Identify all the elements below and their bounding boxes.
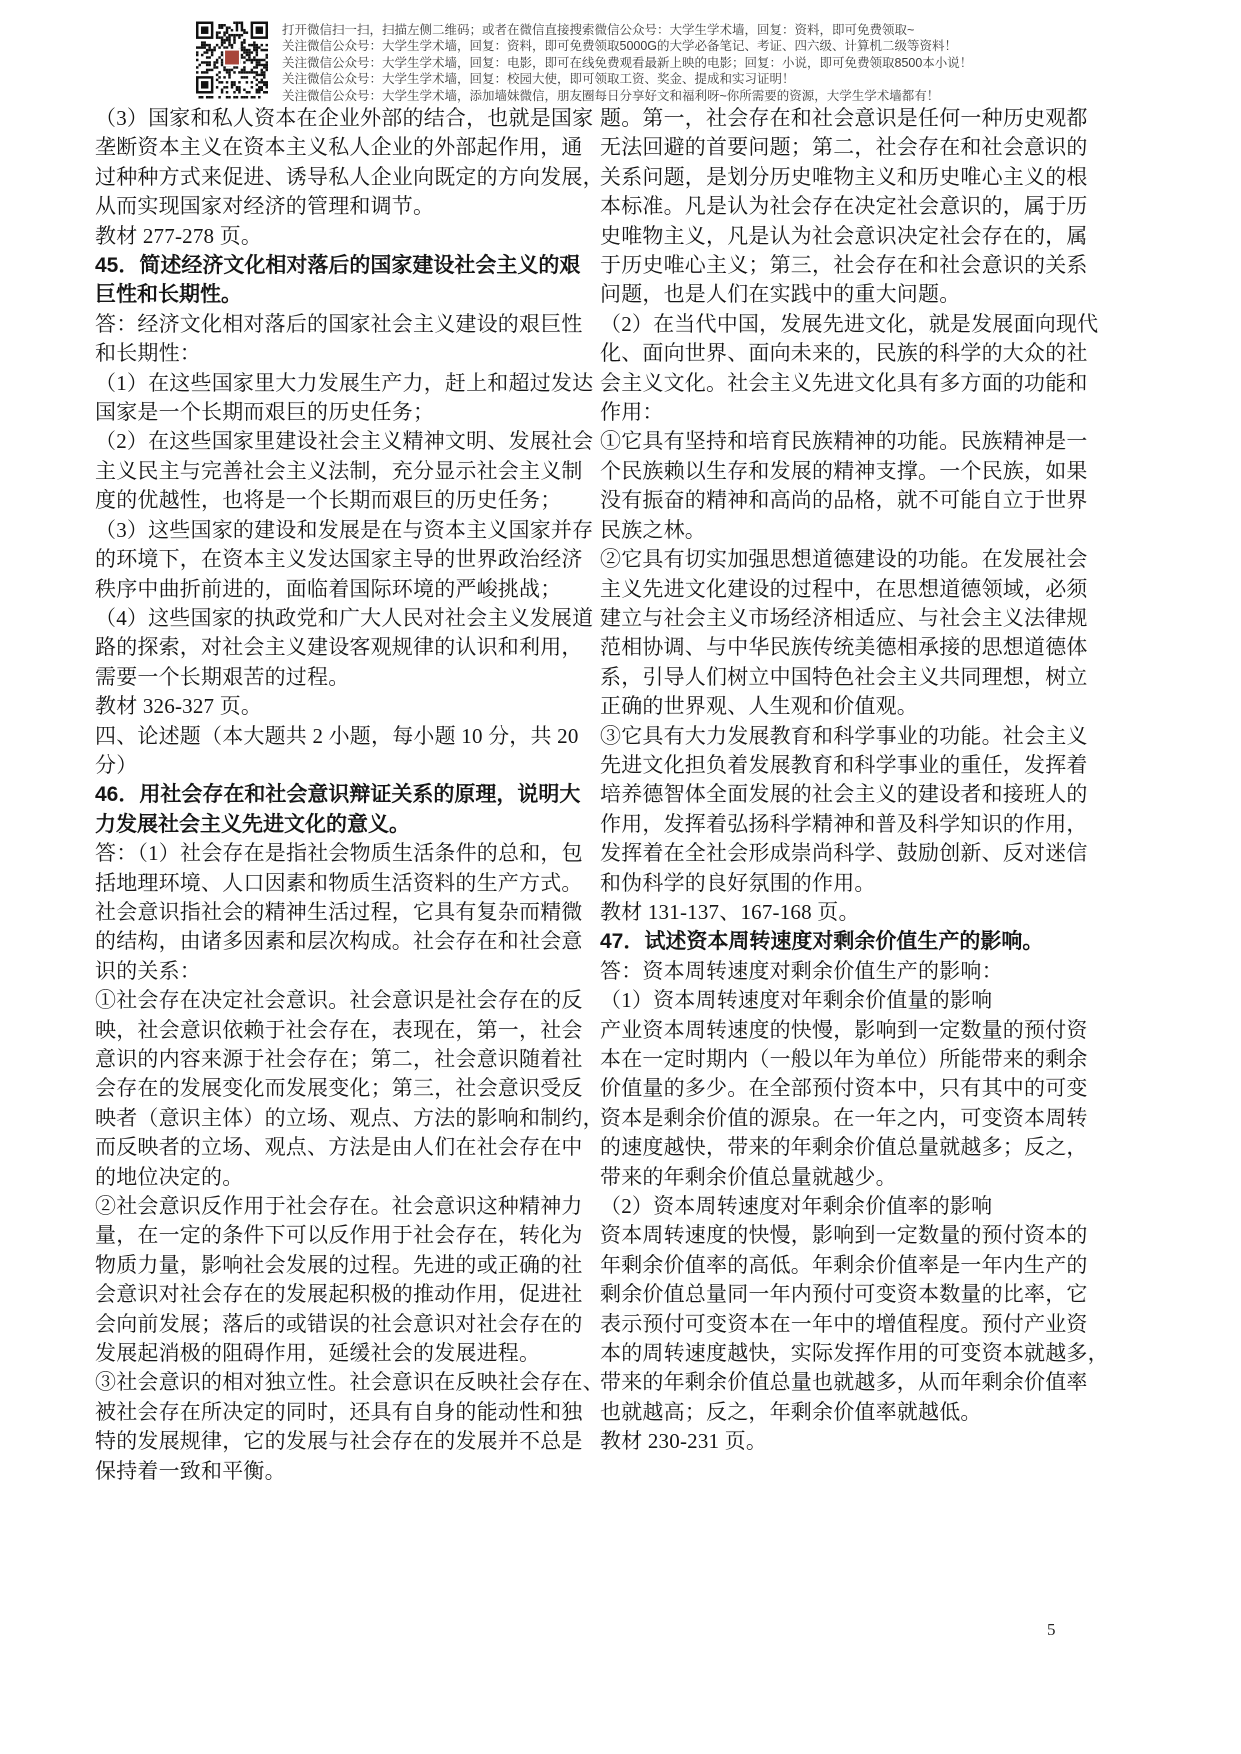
promo-lines: 打开微信扫一扫，扫描左侧二维码；或者在微信直接搜索微信公众号：大学生学术墙，回复… (282, 20, 972, 104)
text-line: （3）这些国家的建设和发展是在与资本主义国家并存 (95, 516, 575, 545)
right-column: 题。第一，社会存在和社会意识是任何一种历史观都无法回避的首要问题；第二，社会存在… (600, 104, 1080, 1457)
text-line: 识的关系： (95, 957, 575, 986)
text-line: 于历史唯心主义；第三，社会存在和社会意识的关系 (600, 251, 1080, 280)
text-line: 本在一定时期内（一般以年为单位）所能带来的剩余 (600, 1045, 1080, 1074)
question-heading-line: 46．用社会存在和社会意识辩证关系的原理，说明大 (95, 780, 575, 809)
text-line: 和长期性： (95, 339, 575, 368)
text-line: 培养德智体全面发展的社会主义的建设者和接班人的 (600, 780, 1080, 809)
text-line: 括地理环境、人口因素和物质生活资料的生产方式。 (95, 869, 575, 898)
text-line: 教材 131-137、167-168 页。 (600, 898, 1080, 927)
text-line: 过种种方式来促进、诱导私人企业向既定的方向发展， (95, 163, 575, 192)
promo-line: 关注微信公众号：大学生学术墙，回复：校园大使，即可领取工资、奖金、提成和实习证明… (282, 71, 972, 87)
text-line: （2）在当代中国，发展先进文化，就是发展面向现代 (600, 310, 1080, 339)
text-line: 会向前发展；落后的或错误的社会意识对社会存在的 (95, 1310, 575, 1339)
text-line: 答：（1）社会存在是指社会物质生活条件的总和，包 (95, 839, 575, 868)
text-line: ①社会存在决定社会意识。社会意识是社会存在的反 (95, 986, 575, 1015)
text-line: 范相协调、与中华民族传统美德相承接的思想道德体 (600, 633, 1080, 662)
text-line: 主义民主与完善社会主义法制，充分显示社会主义制 (95, 457, 575, 486)
promo-header: 打开微信扫一扫，扫描左侧二维码；或者在微信直接搜索微信公众号：大学生学术墙，回复… (196, 20, 972, 104)
text-line: 作用，发挥着弘扬科学精神和普及科学知识的作用， (600, 810, 1080, 839)
text-line: 路的探索，对社会主义建设客观规律的认识和利用， (95, 633, 575, 662)
text-line: 度的优越性，也将是一个长期而艰巨的历史任务； (95, 486, 575, 515)
text-line: 产业资本周转速度的快慢，影响到一定数量的预付资 (600, 1016, 1080, 1045)
document-page: 打开微信扫一扫，扫描左侧二维码；或者在微信直接搜索微信公众号：大学生学术墙，回复… (0, 0, 1241, 1754)
text-line: 垄断资本主义在资本主义私人企业的外部起作用，通 (95, 133, 575, 162)
text-line: （4）这些国家的执政党和广大人民对社会主义发展道 (95, 604, 575, 633)
text-line: 特的发展规律，它的发展与社会存在的发展并不总是 (95, 1427, 575, 1456)
question-heading-line: 力发展社会主义先进文化的意义。 (95, 810, 575, 839)
text-line: 史唯物主义，凡是认为社会意识决定社会存在的，属 (600, 222, 1080, 251)
text-line: 也就越高；反之，年剩余价值率就越低。 (600, 1398, 1080, 1427)
text-line: 没有振奋的精神和高尚的品格，就不可能自立于世界 (600, 486, 1080, 515)
text-line: 资本是剩余价值的源泉。在一年之内，可变资本周转 (600, 1104, 1080, 1133)
promo-line: 关注微信公众号：大学生学术墙，回复：电影，即可在线免费观看最新上映的电影；回复：… (282, 55, 972, 71)
text-line: 答：经济文化相对落后的国家社会主义建设的艰巨性 (95, 310, 575, 339)
text-line: 资本周转速度的快慢，影响到一定数量的预付资本的 (600, 1221, 1080, 1250)
question-heading-line: 47．试述资本周转速度对剩余价值生产的影响。 (600, 927, 1080, 956)
text-line: 无法回避的首要问题；第二，社会存在和社会意识的 (600, 133, 1080, 162)
text-line: （1）在这些国家里大力发展生产力，赶上和超过发达 (95, 369, 575, 398)
text-line: 个民族赖以生存和发展的精神支撑。一个民族，如果 (600, 457, 1080, 486)
text-line: 带来的年剩余价值总量就越少。 (600, 1163, 1080, 1192)
text-line: 系，引导人们树立中国特色社会主义共同理想，树立 (600, 663, 1080, 692)
text-line: 表示预付可变资本在一年中的增值程度。预付产业资 (600, 1310, 1080, 1339)
text-line: 秩序中曲折前进的，面临着国际环境的严峻挑战； (95, 575, 575, 604)
text-line: 带来的年剩余价值总量也就越多，从而年剩余价值率 (600, 1368, 1080, 1397)
text-line: 量，在一定的条件下可以反作用于社会存在，转化为 (95, 1221, 575, 1250)
text-line: 化、面向世界、面向未来的，民族的科学的大众的社 (600, 339, 1080, 368)
text-line: （3）国家和私人资本在企业外部的结合，也就是国家 (95, 104, 575, 133)
text-line: 建立与社会主义市场经济相适应、与社会主义法律规 (600, 604, 1080, 633)
question-heading-line: 45．简述经济文化相对落后的国家建设社会主义的艰 (95, 251, 575, 280)
text-line: 从而实现国家对经济的管理和调节。 (95, 192, 575, 221)
text-line: （2）在这些国家里建设社会主义精神文明、发展社会 (95, 427, 575, 456)
text-line: ②社会意识反作用于社会存在。社会意识这种精神力 (95, 1192, 575, 1221)
text-line: 而反映者的立场、观点、方法是由人们在社会存在中 (95, 1133, 575, 1162)
text-line: ③社会意识的相对独立性。社会意识在反映社会存在、 (95, 1368, 575, 1397)
text-line: （2）资本周转速度对年剩余价值率的影响 (600, 1192, 1080, 1221)
text-line: 教材 277-278 页。 (95, 222, 575, 251)
text-line: 需要一个长期艰苦的过程。 (95, 663, 575, 692)
text-line: ①它具有坚持和培育民族精神的功能。民族精神是一 (600, 427, 1080, 456)
text-line: 映，社会意识依赖于社会存在，表现在，第一，社会 (95, 1016, 575, 1045)
left-column: （3）国家和私人资本在企业外部的结合，也就是国家垄断资本主义在资本主义私人企业的… (95, 104, 575, 1486)
promo-line: 关注微信公众号：大学生学术墙，添加墙妹微信，朋友圈每日分享好文和福利呀~你所需要… (282, 88, 972, 104)
text-line: 发展起消极的阻碍作用，延缓社会的发展进程。 (95, 1339, 575, 1368)
promo-line: 关注微信公众号：大学生学术墙，回复：资料，即可免费领取5000G的大学必备笔记、… (282, 38, 972, 54)
text-line: 教材 326-327 页。 (95, 692, 575, 721)
text-line: 主义先进文化建设的过程中，在思想道德领域，必须 (600, 575, 1080, 604)
text-line: 本标准。凡是认为社会存在决定社会意识的，属于历 (600, 192, 1080, 221)
text-line: 会主义文化。社会主义先进文化具有多方面的功能和 (600, 369, 1080, 398)
text-line: 的地位决定的。 (95, 1163, 575, 1192)
text-line: 会意识对社会存在的发展起积极的推动作用，促进社 (95, 1280, 575, 1309)
text-line: 题。第一，社会存在和社会意识是任何一种历史观都 (600, 104, 1080, 133)
text-line: 国家是一个长期而艰巨的历史任务； (95, 398, 575, 427)
text-line: 关系问题，是划分历史唯物主义和历史唯心主义的根 (600, 163, 1080, 192)
text-line: 会存在的发展变化而发展变化；第三，社会意识受反 (95, 1074, 575, 1103)
text-line: 先进文化担负着发展教育和科学事业的重任，发挥着 (600, 751, 1080, 780)
text-line: 社会意识指社会的精神生活过程，它具有复杂而精微 (95, 898, 575, 927)
text-line: 作用： (600, 398, 1080, 427)
text-line: 分） (95, 751, 575, 780)
text-line: ②它具有切实加强思想道德建设的功能。在发展社会 (600, 545, 1080, 574)
text-line: 价值量的多少。在全部预付资本中，只有其中的可变 (600, 1074, 1080, 1103)
text-line: 四、论述题（本大题共 2 小题，每小题 10 分，共 20 (95, 722, 575, 751)
text-line: 被社会存在所决定的同时，还具有自身的能动性和独 (95, 1398, 575, 1427)
text-line: （1）资本周转速度对年剩余价值量的影响 (600, 986, 1080, 1015)
text-line: 的速度越快，带来的年剩余价值总量就越多；反之， (600, 1133, 1080, 1162)
text-line: 正确的世界观、人生观和价值观。 (600, 692, 1080, 721)
question-heading-line: 巨性和长期性。 (95, 280, 575, 309)
text-line: 意识的内容来源于社会存在；第二，社会意识随着社 (95, 1045, 575, 1074)
text-line: 答：资本周转速度对剩余价值生产的影响： (600, 957, 1080, 986)
text-line: 的环境下，在资本主义发达国家主导的世界政治经济 (95, 545, 575, 574)
text-line: 物质力量，影响社会发展的过程。先进的或正确的社 (95, 1251, 575, 1280)
text-line: 民族之林。 (600, 516, 1080, 545)
text-line: 剩余价值总量同一年内预付可变资本数量的比率，它 (600, 1280, 1080, 1309)
text-line: 本的周转速度越快，实际发挥作用的可变资本就越多， (600, 1339, 1080, 1368)
text-line: 映者（意识主体）的立场、观点、方法的影响和制约， (95, 1104, 575, 1133)
page-number: 5 (1047, 1620, 1056, 1640)
text-line: 教材 230-231 页。 (600, 1427, 1080, 1456)
text-line: 问题，也是人们在实践中的重大问题。 (600, 280, 1080, 309)
text-line: 年剩余价值率的高低。年剩余价值率是一年内生产的 (600, 1251, 1080, 1280)
qr-code-icon (196, 20, 268, 100)
promo-line: 打开微信扫一扫，扫描左侧二维码；或者在微信直接搜索微信公众号：大学生学术墙，回复… (282, 22, 972, 38)
text-line: 和伪科学的良好氛围的作用。 (600, 869, 1080, 898)
text-line: 保持着一致和平衡。 (95, 1457, 575, 1486)
text-line: 的结构，由诸多因素和层次构成。社会存在和社会意 (95, 927, 575, 956)
text-line: 发挥着在全社会形成崇尚科学、鼓励创新、反对迷信 (600, 839, 1080, 868)
text-line: ③它具有大力发展教育和科学事业的功能。社会主义 (600, 722, 1080, 751)
